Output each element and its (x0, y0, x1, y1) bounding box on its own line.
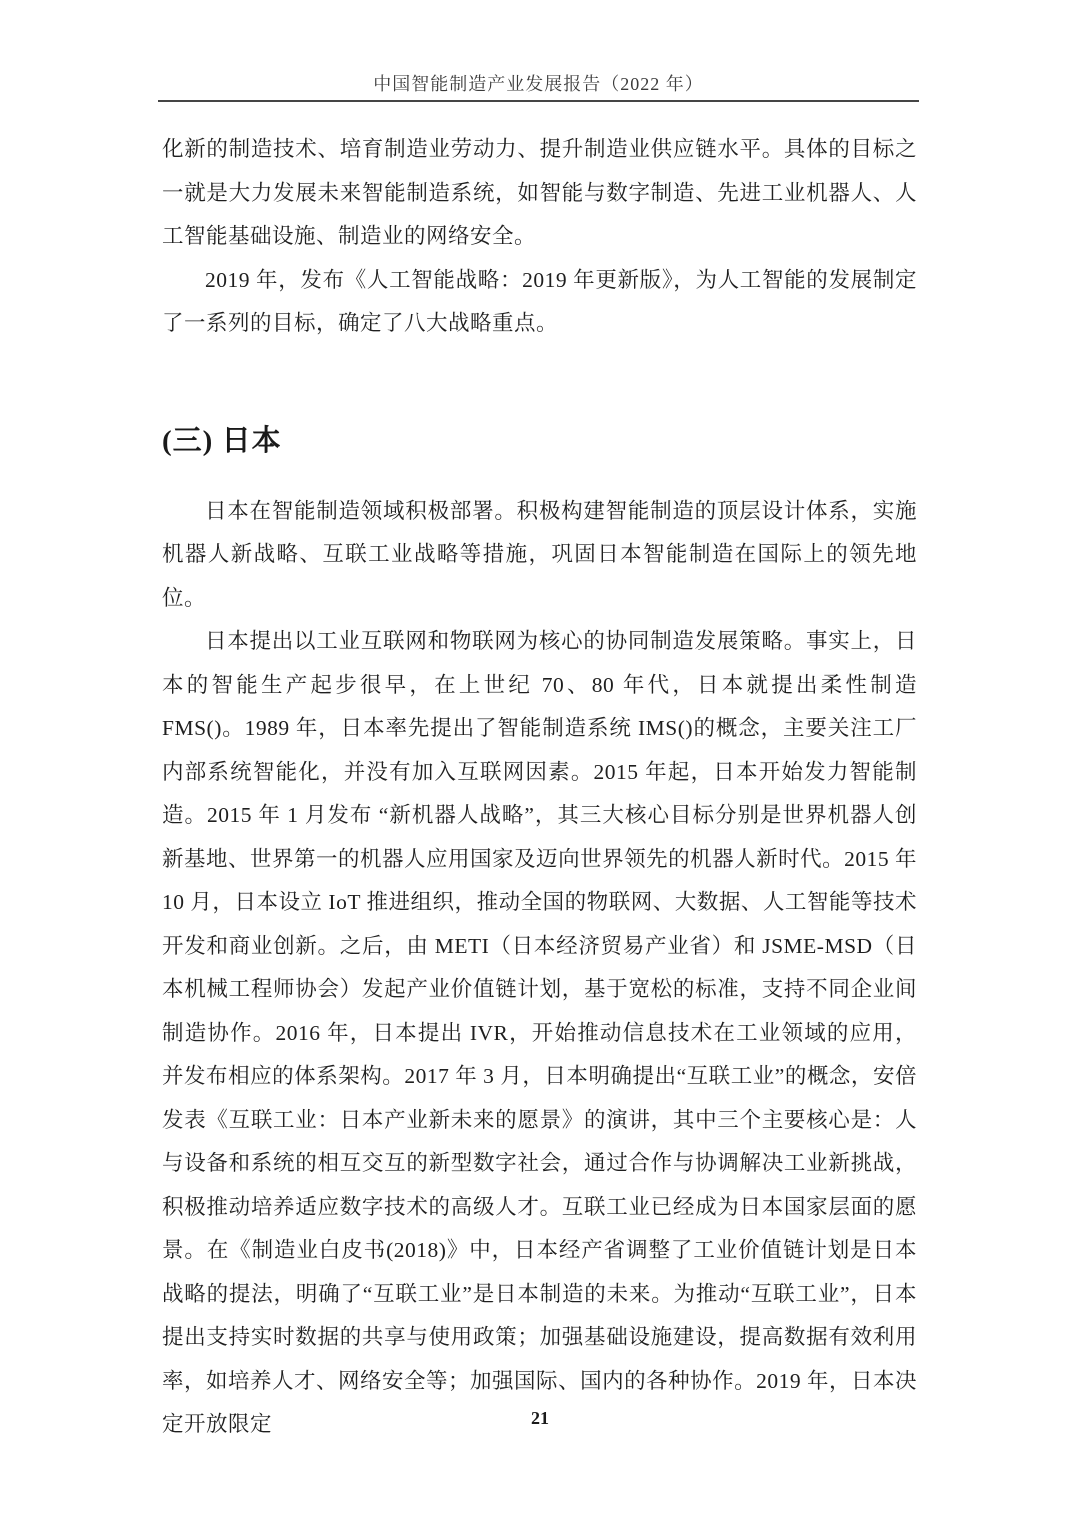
paragraph-ai-strategy-2019: 2019 年，发布《人工智能战略：2019 年更新版》，为人工智能的发展制定了一… (162, 259, 917, 346)
paragraph-japan-overview: 日本在智能制造领域积极部署。积极构建智能制造的顶层设计体系，实施机器人新战略、互… (162, 490, 917, 621)
report-title: 中国智能制造产业发展报告（2022 年） (373, 74, 704, 94)
page-number: 21 (0, 1408, 1080, 1429)
page-body: 化新的制造技术、培育制造业劳动力、提升制造业供应链水平。具体的目标之一就是大力发… (162, 128, 917, 1447)
running-header: 中国智能制造产业发展报告（2022 年） (158, 72, 919, 102)
paragraph-japan-detail: 日本提出以工业互联网和物联网为核心的协同制造发展策略。事实上，日本的智能生产起步… (162, 620, 917, 1447)
section-heading-japan: (三) 日本 (162, 421, 917, 461)
document-page: 中国智能制造产业发展报告（2022 年） 化新的制造技术、培育制造业劳动力、提升… (0, 0, 1080, 1527)
paragraph-continuation: 化新的制造技术、培育制造业劳动力、提升制造业供应链水平。具体的目标之一就是大力发… (162, 128, 917, 259)
